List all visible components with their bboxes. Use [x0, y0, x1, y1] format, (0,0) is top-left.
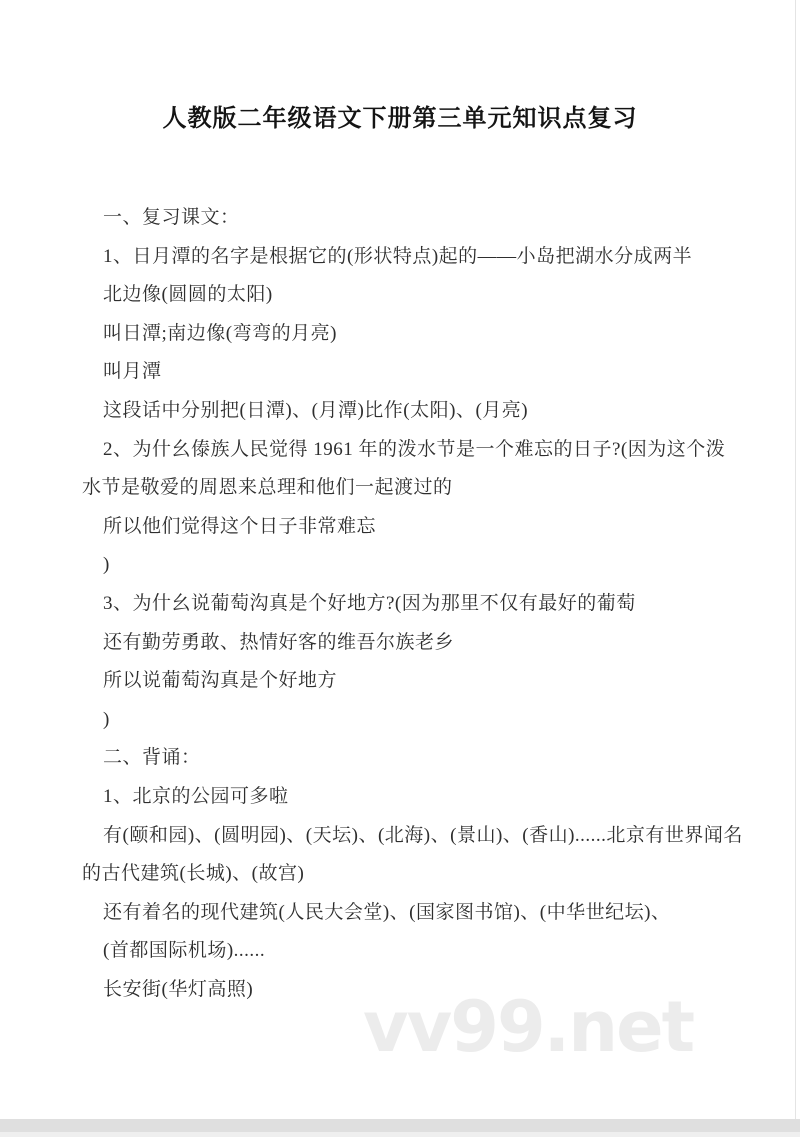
text-line: ) — [82, 546, 762, 585]
text-line: 有(颐和园)、(圆明园)、(天坛)、(北海)、(景山)、(香山)......北京… — [82, 817, 762, 856]
text-line: 3、为什幺说葡萄沟真是个好地方?(因为那里不仅有最好的葡萄 — [82, 585, 762, 624]
text-line: 还有着名的现代建筑(人民大会堂)、(国家图书馆)、(中华世纪坛)、 — [82, 894, 762, 933]
text-line: 所以说葡萄沟真是个好地方 — [82, 662, 762, 701]
text-line: 所以他们觉得这个日子非常难忘 — [82, 508, 762, 547]
text-line: 叫日潭;南边像(弯弯的月亮) — [82, 315, 762, 354]
text-line: (首都国际机场)...... — [82, 932, 762, 971]
text-line: 长安街(华灯高照) — [82, 971, 762, 1010]
text-line: 这段话中分别把(日潭)、(月潭)比作(太阳)、(月亮) — [82, 392, 762, 431]
text-line: 还有勤劳勇敢、热情好客的维吾尔族老乡 — [82, 624, 762, 663]
text-line: ) — [82, 701, 762, 740]
text-line: 一、复习课文： — [82, 199, 762, 238]
page-separator — [0, 1119, 800, 1132]
text-line: 2、为什幺傣族人民觉得 1961 年的泼水节是一个难忘的日子?(因为这个泼 — [82, 431, 762, 470]
text-line: 1、北京的公园可多啦 — [82, 778, 762, 817]
text-line: 水节是敬爱的周恩来总理和他们一起渡过的 — [82, 469, 762, 508]
text-line: 北边像(圆圆的太阳) — [82, 276, 762, 315]
text-line: 的古代建筑(长城)、(故宫) — [82, 855, 762, 894]
document-lines: 一、复习课文：1、日月潭的名字是根据它的(形状特点)起的——小岛把湖水分成两半北… — [82, 199, 762, 1009]
document-title: 人教版二年级语文下册第三单元知识点复习 — [0, 103, 800, 135]
text-line: 叫月潭 — [82, 353, 762, 392]
text-line: 二、背诵： — [82, 739, 762, 778]
page-edge-line — [795, 0, 796, 1119]
page-separator-fade — [0, 1132, 800, 1137]
text-line: 1、日月潭的名字是根据它的(形状特点)起的——小岛把湖水分成两半 — [82, 238, 762, 277]
document-page: 人教版二年级语文下册第三单元知识点复习 一、复习课文：1、日月潭的名字是根据它的… — [0, 0, 800, 1137]
